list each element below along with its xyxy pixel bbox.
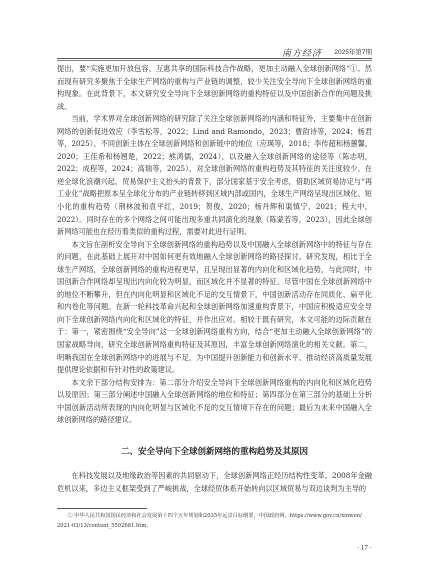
section-heading: 二、安全导向下全球创新网络的重构趋势及其原因 bbox=[57, 445, 372, 457]
footnote: ① 中华人民共和国国民经济和社会发展第十四个五年规划和2035年远景目标纲要，中… bbox=[57, 511, 372, 531]
header-rule bbox=[57, 58, 372, 59]
section-body: 在科技发展以及地缘政治等因素的共同驱动下，全球创新网络正经历结构性变革。2008… bbox=[57, 470, 372, 495]
paragraph-2: 当前，学术界对全球创新网络的研究除了关注全球创新网络的内涵和特征外，主要集中在创… bbox=[57, 113, 372, 238]
footnote-line-2: 2021-03/13/content_5592681.htm。 bbox=[57, 521, 372, 531]
page-number: · 17 · bbox=[340, 544, 372, 552]
paragraph-1: 提出，要“实施更加开放包容、互惠共享的国际科技合作战略，更加主动融入全球创新网络… bbox=[57, 63, 372, 113]
footnote-rule bbox=[57, 508, 147, 509]
body-text: 提出，要“实施更加开放包容、互惠共享的国际科技合作战略，更加主动融入全球创新网络… bbox=[57, 63, 372, 427]
paragraph-4: 本文余下部分结构安排为：第二部分介绍安全导向下全球创新网络重构的内向化和区域化趋… bbox=[57, 377, 372, 427]
section-paragraph-1: 在科技发展以及地缘政治等因素的共同驱动下，全球创新网络正经历结构性变革。2008… bbox=[57, 470, 372, 495]
paragraph-3: 本文旨在剖析安全导向下全球创新网络的重构趋势以及中国融入全球创新网络中的特征与存… bbox=[57, 239, 372, 377]
issue-label: 2025年第7期 bbox=[334, 47, 372, 56]
header-rule-thin bbox=[57, 60, 372, 61]
footnote-line-1: ① 中华人民共和国国民经济和社会发展第十四个五年规划和2035年远景目标纲要，中… bbox=[57, 511, 372, 521]
running-header: 南方经济 2025年第7期 bbox=[57, 46, 372, 58]
